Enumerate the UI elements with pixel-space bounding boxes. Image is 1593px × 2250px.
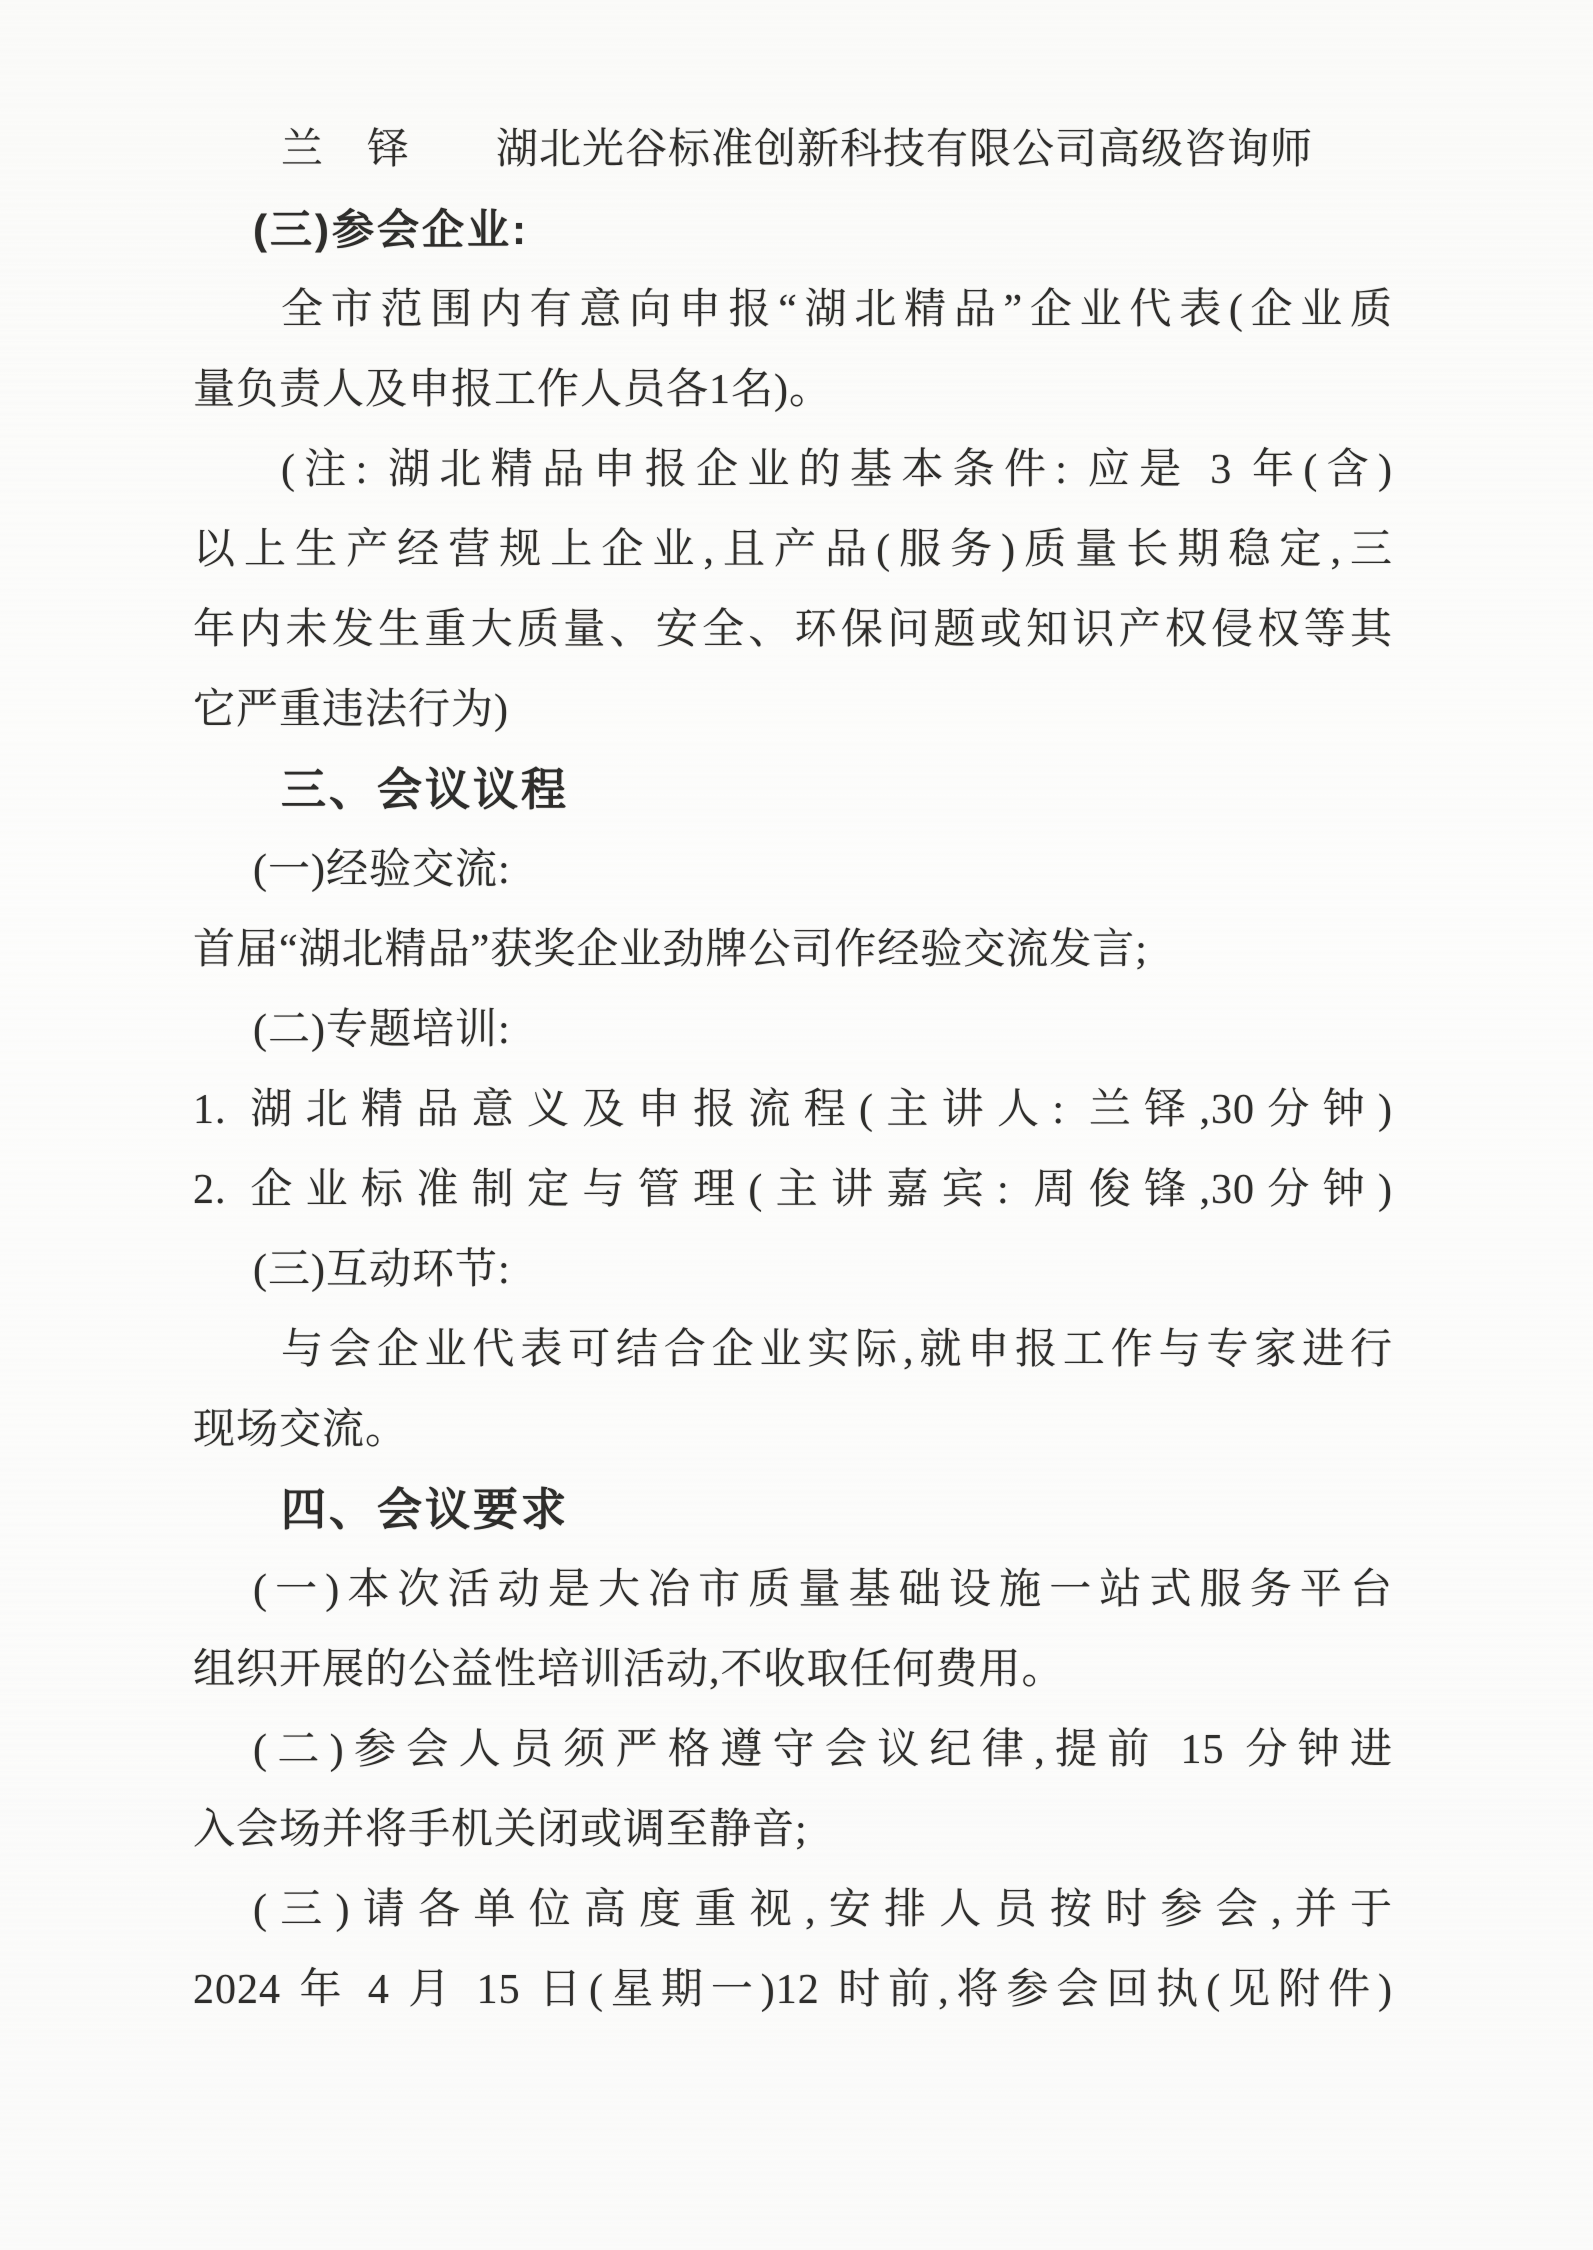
requirement-3-line-1: (三)请各单位高度重视,安排人员按时参会,并于: [193, 1870, 1393, 1950]
requirement-3-line-2: 2024 年 4 月 15 日(星期一)12 时前,将参会回执(见附件): [193, 1950, 1393, 2030]
agenda-item-1-experience-heading: (一)经验交流:: [193, 830, 1393, 910]
agenda-item-1-experience-body: 首届“湖北精品”获奖企业劲牌公司作经验交流发言;: [193, 910, 1393, 990]
note-basic-conditions-line-4: 它严重违法行为): [193, 670, 1393, 750]
interaction-body-line-2: 现场交流。: [193, 1390, 1393, 1470]
requirement-1-line-2: 组织开展的公益性培训活动,不收取任何费用。: [193, 1630, 1393, 1710]
note-basic-conditions-line-2: 以上生产经营规上企业,且产品(服务)质量长期稳定,三: [193, 510, 1393, 590]
requirement-2-line-2: 入会场并将手机关闭或调至静音;: [193, 1790, 1393, 1870]
interaction-body-line-1: 与会企业代表可结合企业实际,就申报工作与专家进行: [193, 1310, 1393, 1390]
note-basic-conditions-line-3: 年内未发生重大质量、安全、环保问题或知识产权侵权等其: [193, 590, 1393, 670]
participants-paragraph-line-1: 全市范围内有意向申报“湖北精品”企业代表(企业质: [193, 270, 1393, 350]
training-topic-2: 2. 企业标准制定与管理(主讲嘉宾: 周俊锋,30分钟): [193, 1150, 1393, 1230]
heading-meeting-requirements: 四、会议要求: [193, 1470, 1393, 1550]
document-page: 兰 铎 湖北光谷标准创新科技有限公司高级咨询师 (三)参会企业: 全市范围内有意…: [0, 0, 1593, 2250]
participants-paragraph-line-2: 量负责人及申报工作人员各1名)。: [193, 350, 1393, 430]
agenda-item-3-interaction-heading: (三)互动环节:: [193, 1230, 1393, 1310]
training-topic-1: 1. 湖北精品意义及申报流程(主讲人: 兰铎,30分钟): [193, 1070, 1393, 1150]
requirement-1-line-1: (一)本次活动是大冶市质量基础设施一站式服务平台: [193, 1550, 1393, 1630]
note-basic-conditions-line-1: (注: 湖北精品申报企业的基本条件: 应是 3 年(含): [193, 430, 1393, 510]
heading-participating-enterprises: (三)参会企业:: [193, 190, 1393, 270]
speaker-credentials-line: 兰 铎 湖北光谷标准创新科技有限公司高级咨询师: [193, 110, 1393, 190]
agenda-item-2-training-heading: (二)专题培训:: [193, 990, 1393, 1070]
heading-meeting-agenda: 三、会议议程: [193, 750, 1393, 830]
requirement-2-line-1: (二)参会人员须严格遵守会议纪律,提前 15 分钟进: [193, 1710, 1393, 1790]
